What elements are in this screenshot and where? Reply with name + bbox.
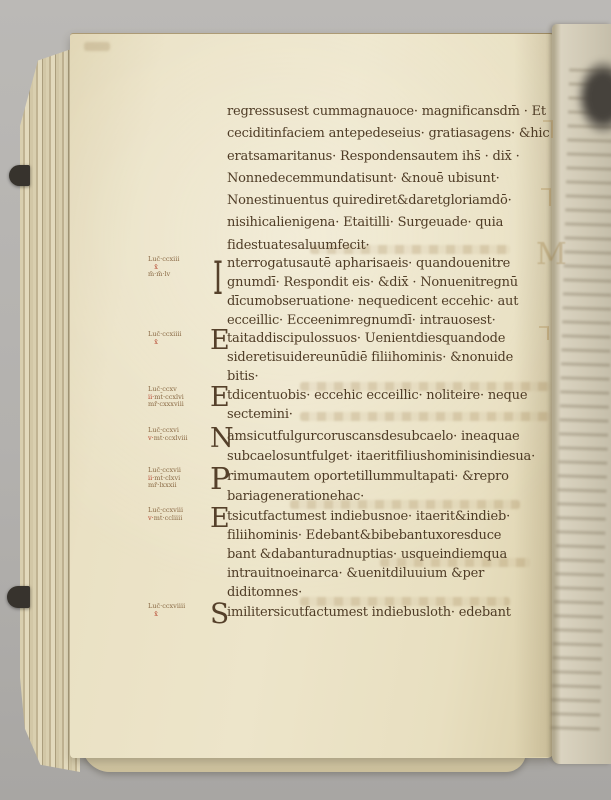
initial-letter: P	[210, 465, 230, 495]
text-block-3: Etdicentuobis· eccehic ecceillic· nolite…	[210, 386, 560, 424]
eusebian-margin-note: Luc̄·ccxviiiv·mt̄·ccliiii	[148, 507, 206, 522]
manuscript-line: diditomnes·	[227, 583, 560, 602]
manuscript-line: ceciditinfaciem antepedeseius· gratiasag…	[227, 123, 560, 145]
margin-note-line: m̄·m̄·lv	[148, 271, 206, 279]
canon-number: x̄	[148, 610, 158, 618]
manuscript-line: regressusest cummagnauoce· magnificansdm…	[227, 101, 560, 123]
text-block-1: Interrogatusautē apharisaeis· quandoueni…	[210, 254, 560, 330]
manuscript-line: sectemini·	[227, 405, 560, 424]
text-block-5: Primumautem oportetillummultapati· &repr…	[210, 467, 560, 506]
bookmark-tab	[9, 165, 30, 186]
initial-letter: I	[213, 255, 223, 301]
manuscript-line: intrauitnoeinarca· &uenitdiluuium &per	[227, 564, 560, 583]
margin-note-line: mr̄·cxxxviii	[148, 401, 206, 409]
initial-letter: E	[210, 327, 230, 354]
manuscript-line: bant &dabanturadnuptias· usqueindiemqua	[227, 545, 560, 564]
eusebian-margin-note: Luc̄·ccxiiii x̄	[148, 331, 206, 346]
section-ref: mr̄·cxxxviii	[148, 400, 184, 408]
canon-number: x̄	[148, 338, 158, 346]
margin-note-line: v·mt̄·ccxlviii	[148, 435, 206, 443]
manuscript-line: Nonestinuentus quirediret&daretgloriamdō…	[227, 190, 560, 212]
margin-note-line: x̄	[148, 611, 206, 619]
manuscript-line: nterrogatusautē apharisaeis· quandouenit…	[227, 254, 560, 273]
initial-letter: S	[210, 600, 229, 628]
manuscript-line: taitaddiscipulossuos· Uenientdiesquandod…	[227, 329, 560, 348]
manuscript-line: gnumdī· Respondit eis· &dix̄ · Nonuenitr…	[227, 273, 560, 292]
text-block-0: regressusest cummagnauoce· magnificansdm…	[210, 101, 560, 257]
manuscript-line: filiihominis· Edebant&bibebantuxoresduce	[227, 526, 560, 545]
manuscript-line: subcaelosuntfulget· itaeritfiliushominis…	[227, 447, 560, 467]
manuscript-line: amsicutfulgurcoruscansdesubcaelo· ineaqu…	[227, 427, 560, 447]
folio-smudge	[84, 42, 110, 51]
manuscript-line: Nonnedecemmundatisunt· &nouē ubisunt·	[227, 168, 560, 190]
dark-blot	[570, 50, 611, 144]
eusebian-margin-note: Luc̄·ccxiii x̄m̄·m̄·lv	[148, 256, 206, 279]
margin-note-line: v·mt̄·ccliiii	[148, 515, 206, 523]
manuscript-line: eratsamaritanus· Respondensautem ihs̄ · …	[227, 146, 560, 168]
manuscript-line: tsicutfactumest indiebusnoe· itaerit&ind…	[227, 507, 560, 526]
eusebian-margin-note: Luc̄·ccxviv·mt̄·ccxlviii	[148, 427, 206, 442]
margin-note-line: x̄	[148, 339, 206, 347]
initial-letter: E	[210, 384, 230, 411]
manuscript-line: rimumautem oportetillummultapati· &repro	[227, 467, 560, 487]
section-ref: mr̄·lxxxii	[148, 481, 177, 489]
text-block-6: Etsicutfactumest indiebusnoe· itaerit&in…	[210, 507, 560, 602]
initial-letter: N	[210, 425, 234, 452]
bookmark-tab	[7, 586, 30, 608]
manuscript-line: bariagenerationehac·	[227, 487, 560, 507]
manuscript-line: nisihicalienigena· Etaitilli· Surgeuade·…	[227, 212, 560, 234]
section-ref: mt̄·ccxlviii	[154, 434, 188, 442]
manuscript-photo: M regressusest cummagnauoce· magnificans…	[0, 0, 611, 800]
text-block-4: Namsicutfulgurcoruscansdesubcaelo· ineaq…	[210, 427, 560, 466]
section-ref: m̄·m̄·lv	[148, 270, 170, 278]
eusebian-margin-note: Luc̄·ccxviiii x̄	[148, 603, 206, 618]
manuscript-line: bitis·	[227, 367, 560, 386]
manuscript-line: ecceillic· Ecceenimregnumdī· intrauosest…	[227, 311, 560, 330]
text-block-2: Etaitaddiscipulossuos· Uenientdiesquando…	[210, 329, 560, 386]
manuscript-line: imilitersicutfactumest indiebusloth· ede…	[227, 603, 560, 622]
manuscript-line: tdicentuobis· eccehic ecceillic· nolitei…	[227, 386, 560, 405]
section-ref: mt̄·ccliiii	[154, 514, 183, 522]
initial-letter: E	[210, 505, 230, 532]
eusebian-margin-note: Luc̄·ccxviiii·mt̄·clxvimr̄·lxxxii	[148, 467, 206, 490]
margin-note-line: mr̄·lxxxii	[148, 482, 206, 490]
eusebian-margin-note: Luc̄·ccxvii·mt̄·ccxlvimr̄·cxxxviii	[148, 386, 206, 409]
manuscript-line: dīcumobseruatione· nequedicent eccehic· …	[227, 292, 560, 311]
text-block-7: Similitersicutfactumest indiebusloth· ed…	[210, 603, 560, 622]
manuscript-line: sideretisuidereunūdiē filiihominis· &non…	[227, 348, 560, 367]
